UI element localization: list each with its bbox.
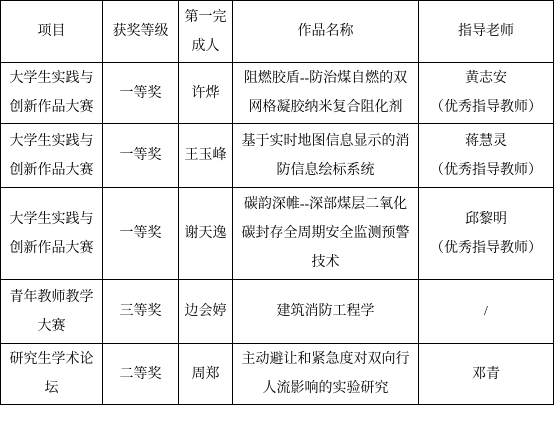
cell-first-person: 周郑 [179,344,233,405]
cell-project: 大学生实践与 创新作品大赛 [1,63,103,124]
cell-work-title: 基于实时地图信息显示的消 防信息绘标系统 [233,124,419,188]
cell-work-title: 阻燃胶盾--防治煤自燃的双 网格凝胶纳米复合阻化剂 [233,63,419,124]
cell-first-person: 谢天逸 [179,188,233,280]
header-award-level: 获奖等级 [103,1,179,63]
cell-advisor: / [419,280,554,344]
table-row: 青年教师教学 大赛 三等奖 边会婷 建筑消防工程学 / [1,280,554,344]
cell-first-person: 王玉峰 [179,124,233,188]
cell-first-person: 边会婷 [179,280,233,344]
awards-table: 项目 获奖等级 第一完 成人 作品名称 指导老师 大学生实践与 创新作品大赛 一… [0,0,554,405]
cell-work-title: 主动避让和紧急度对双向行 人流影响的实验研究 [233,344,419,405]
cell-project: 大学生实践与 创新作品大赛 [1,188,103,280]
table-row: 大学生实践与 创新作品大赛 一等奖 谢天逸 碳韵深帷--深部煤层二氧化 碳封存全… [1,188,554,280]
cell-project: 大学生实践与 创新作品大赛 [1,124,103,188]
cell-award-level: 二等奖 [103,344,179,405]
cell-advisor: 邓青 [419,344,554,405]
header-project: 项目 [1,1,103,63]
table-row: 大学生实践与 创新作品大赛 一等奖 王玉峰 基于实时地图信息显示的消 防信息绘标… [1,124,554,188]
cell-work-title: 建筑消防工程学 [233,280,419,344]
cell-award-level: 一等奖 [103,188,179,280]
cell-project: 研究生学术论 坛 [1,344,103,405]
cell-award-level: 三等奖 [103,280,179,344]
header-work-title: 作品名称 [233,1,419,63]
table-header-row: 项目 获奖等级 第一完 成人 作品名称 指导老师 [1,1,554,63]
table-row: 大学生实践与 创新作品大赛 一等奖 许烨 阻燃胶盾--防治煤自燃的双 网格凝胶纳… [1,63,554,124]
cell-award-level: 一等奖 [103,124,179,188]
cell-award-level: 一等奖 [103,63,179,124]
table-row: 研究生学术论 坛 二等奖 周郑 主动避让和紧急度对双向行 人流影响的实验研究 邓… [1,344,554,405]
document-page: 项目 获奖等级 第一完 成人 作品名称 指导老师 大学生实践与 创新作品大赛 一… [0,0,554,426]
cell-first-person: 许烨 [179,63,233,124]
cell-advisor: 黄志安 （优秀指导教师） [419,63,554,124]
cell-project: 青年教师教学 大赛 [1,280,103,344]
cell-work-title: 碳韵深帷--深部煤层二氧化 碳封存全周期安全监测预警 技术 [233,188,419,280]
cell-advisor: 蒋慧灵 （优秀指导教师） [419,124,554,188]
header-first-person: 第一完 成人 [179,1,233,63]
header-advisor: 指导老师 [419,1,554,63]
cell-advisor: 邱黎明 （优秀指导教师） [419,188,554,280]
